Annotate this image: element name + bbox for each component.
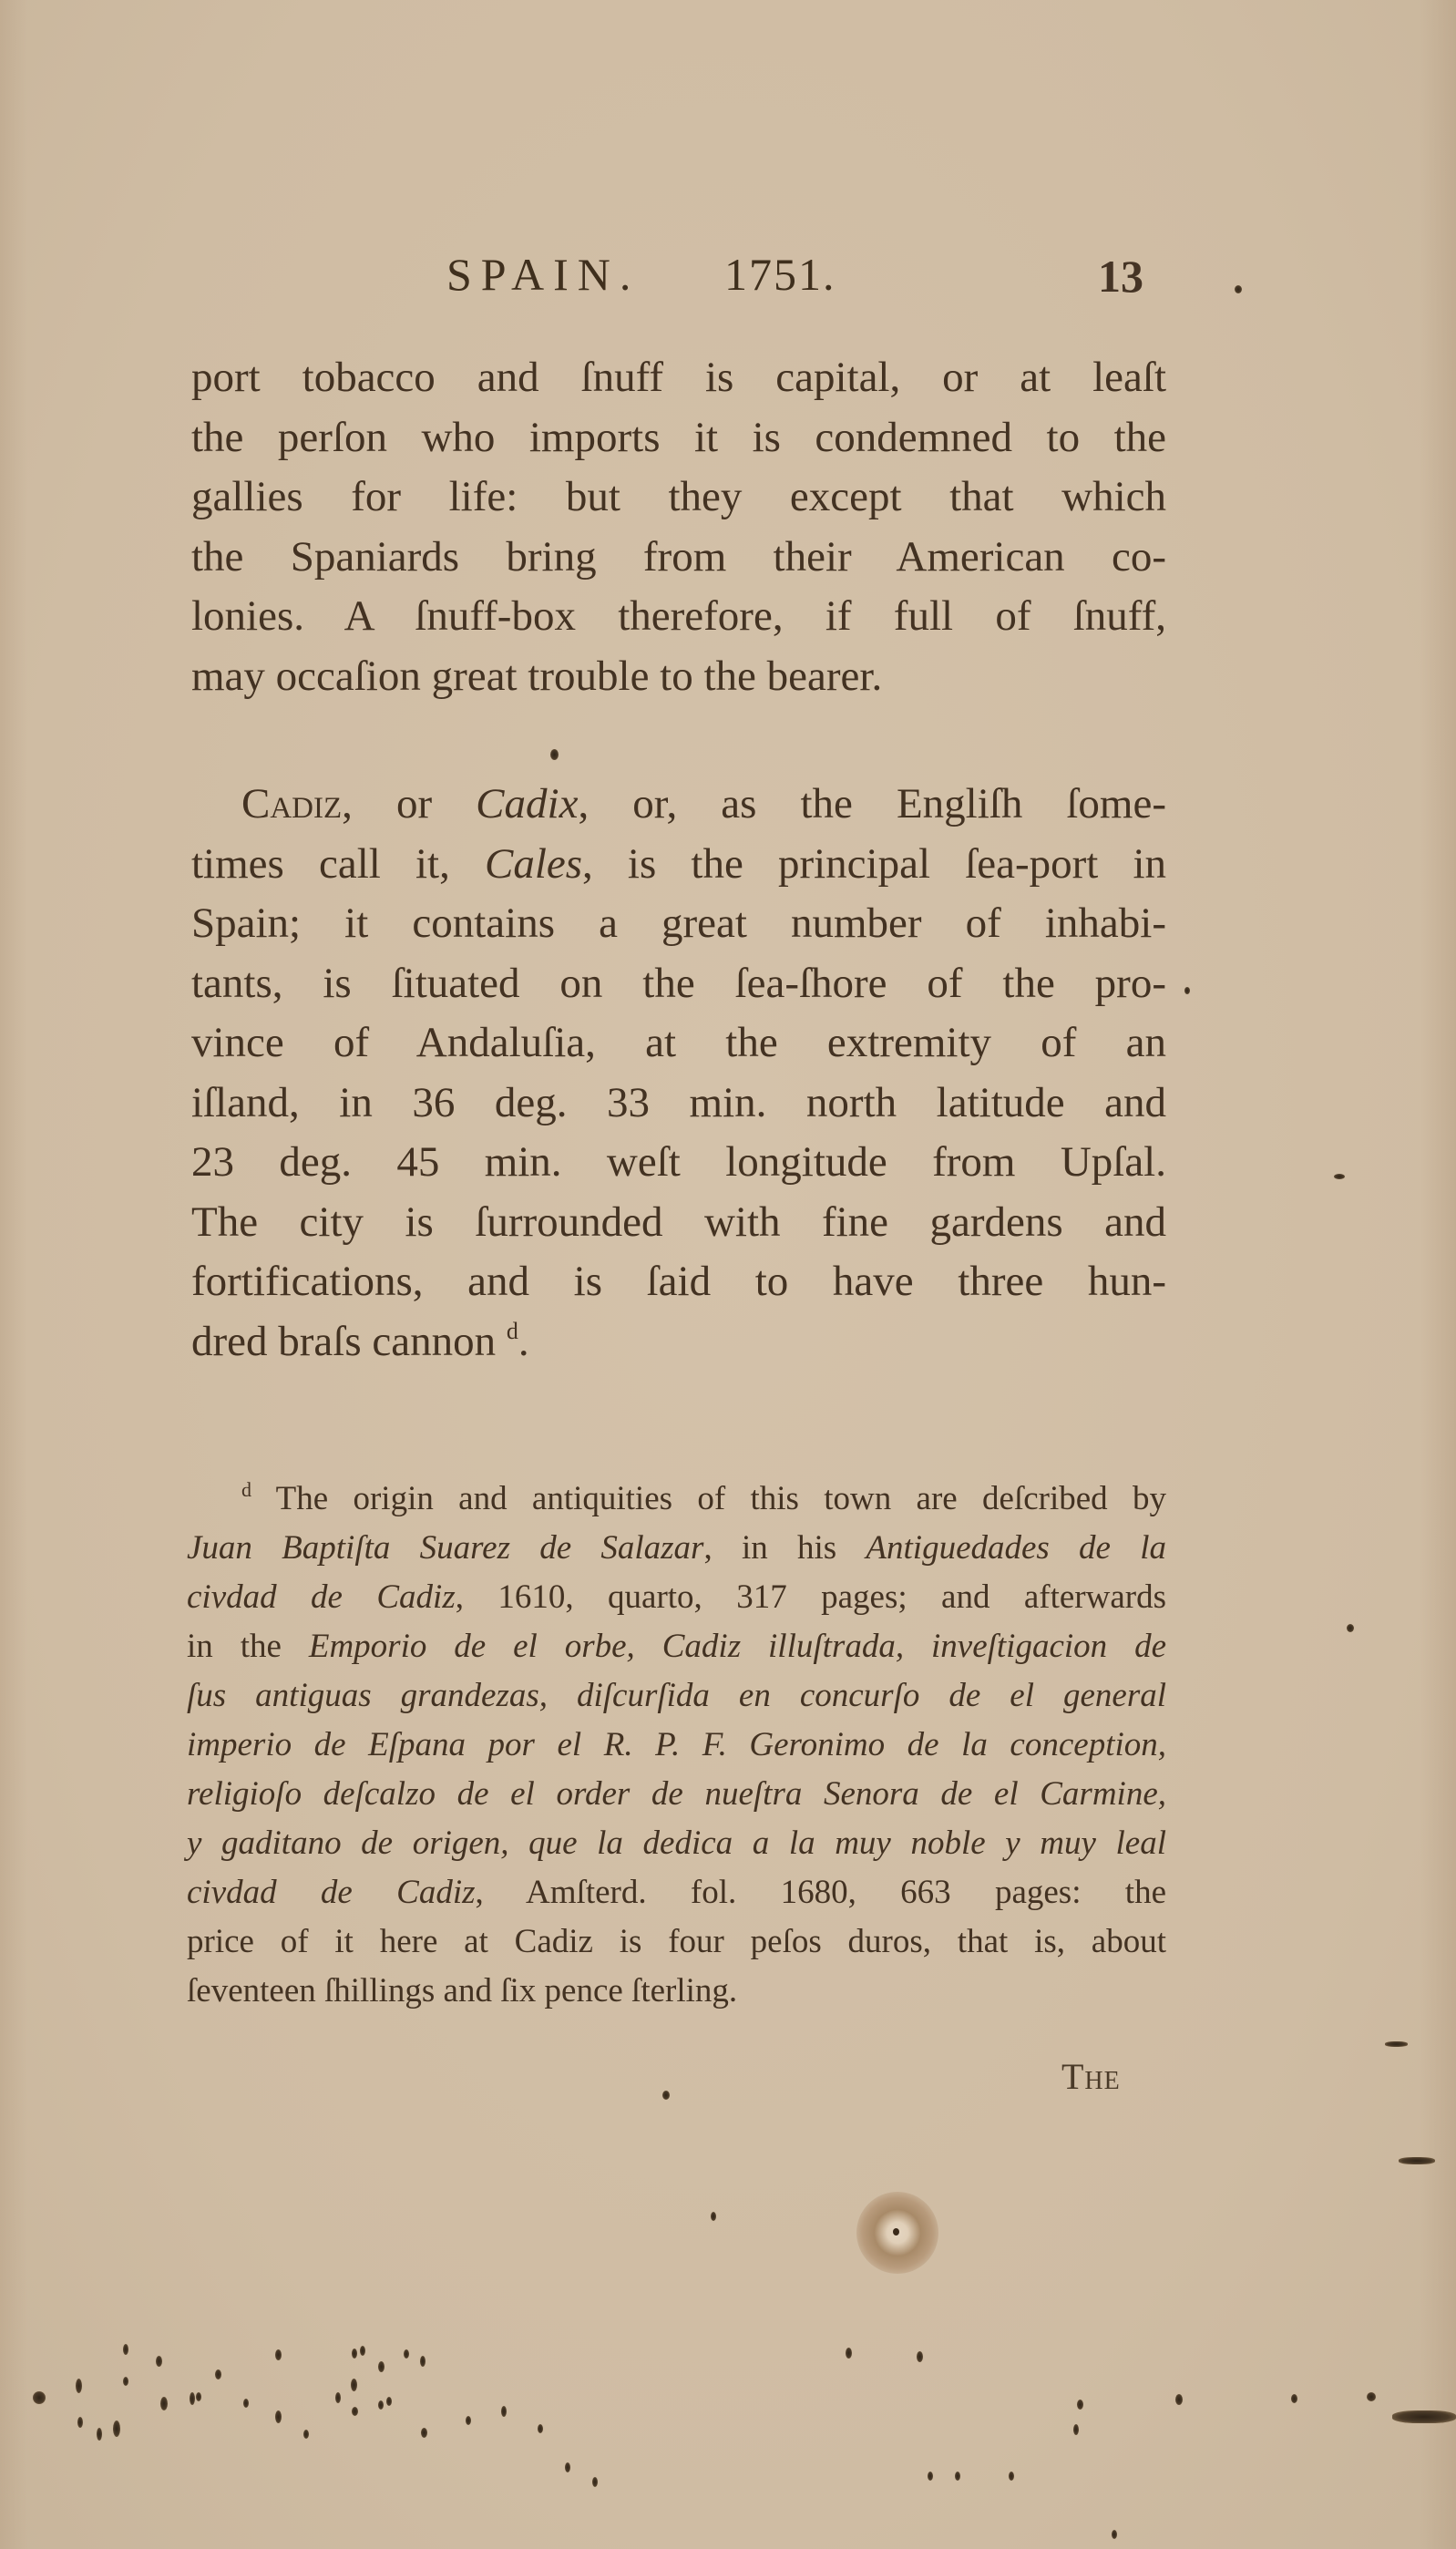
page-edge-shadow-right: [1420, 0, 1456, 2549]
wormhole: [113, 2421, 120, 2437]
wormhole: [1392, 2410, 1456, 2423]
wormhole: [592, 2477, 598, 2487]
text-line: port tobacco and ſnuff is capital, or at…: [191, 348, 1166, 408]
text-line: The city is ſurrounded with fine gardens…: [191, 1193, 1166, 1253]
footnote-line: Juan Baptiſta Suarez de Salazar, in his …: [187, 1524, 1166, 1573]
text-line: vince of Andaluſia, at the extremity of …: [191, 1013, 1166, 1074]
text-line: Cadiz, or Cadix, or, as the Engliſh ſome…: [191, 775, 1166, 835]
wormhole: [160, 2397, 168, 2410]
text-line: tants, is ſituated on the ſea-ſhore of t…: [191, 954, 1166, 1014]
wormhole: [917, 2351, 923, 2362]
wormhole: [550, 749, 559, 760]
footnote-mark: d: [241, 1478, 251, 1501]
book-page: SPAIN. 1751. 13 port tobacco and ſnuff i…: [0, 0, 1456, 2549]
wormhole: [1385, 2041, 1408, 2047]
cadiz-smallcaps: Cadiz: [241, 780, 342, 827]
wormhole: [1291, 2394, 1297, 2403]
wormhole: [123, 2377, 128, 2386]
wormhole: [303, 2430, 309, 2439]
footnote-line: civdad de Cadiz, Amſterd. fol. 1680, 663…: [187, 1868, 1166, 1917]
wormhole: [77, 2417, 83, 2428]
wormhole: [378, 2400, 384, 2410]
wormhole: [76, 2379, 82, 2393]
wormhole: [420, 2356, 426, 2367]
footnote-line: civdad de Cadiz, 1610, quarto, 317 pages…: [187, 1573, 1166, 1622]
wormhole: [565, 2462, 570, 2472]
wormhole: [711, 2212, 716, 2221]
wormhole: [1009, 2472, 1014, 2481]
running-head-year: 1751.: [724, 248, 836, 301]
italic-cadix: Cadix: [476, 780, 578, 827]
italic-cales: Cales: [485, 840, 582, 888]
footnote: d The origin and antiquities of this tow…: [187, 1475, 1166, 2016]
paragraph-cadiz: Cadiz, or Cadix, or, as the Engliſh ſome…: [191, 775, 1166, 1372]
wormhole: [33, 2391, 46, 2404]
wormhole: [955, 2472, 960, 2481]
wormhole: [1347, 1624, 1354, 1632]
footnote-line: religioſo deſcalzo de el order de nueſtr…: [187, 1770, 1166, 1819]
running-head-title: SPAIN.: [446, 248, 640, 301]
wormhole: [351, 2379, 357, 2391]
wormhole: [1399, 2157, 1435, 2164]
text-line: gallies for life: but they except that w…: [191, 468, 1166, 528]
wormhole: [190, 2392, 195, 2405]
footnote-line: imperio de Eſpana por el R. P. F. Geroni…: [187, 1721, 1166, 1770]
wormhole: [466, 2416, 471, 2425]
wormhole: [846, 2348, 852, 2359]
wormhole: [1077, 2400, 1083, 2410]
running-head: SPAIN. 1751. 13: [446, 248, 1157, 312]
wormhole: [352, 2407, 358, 2416]
wormhole: [1073, 2424, 1079, 2435]
wormhole: [501, 2406, 507, 2417]
wormhole: [97, 2428, 102, 2441]
text-line: may occaſion great trouble to the bearer…: [191, 647, 1166, 707]
wormhole: [404, 2349, 409, 2359]
wormhole: [1334, 1174, 1345, 1179]
page-number: 13: [1098, 250, 1143, 303]
wormhole: [1112, 2530, 1117, 2539]
wormhole: [1184, 987, 1190, 994]
stain-center-dot: [893, 2228, 899, 2236]
wormhole: [1235, 285, 1242, 293]
footnote-line: y gaditano de origen, que la dedica a la…: [187, 1819, 1166, 1868]
wormhole: [1367, 2392, 1376, 2401]
wormhole: [378, 2361, 385, 2372]
text-line: fortifications, and is ſaid to have thre…: [191, 1252, 1166, 1312]
text-line: the Spaniards bring from their American …: [191, 528, 1166, 588]
wormhole: [360, 2346, 365, 2356]
wormhole: [1175, 2394, 1183, 2405]
paragraph-snuff: port tobacco and ſnuff is capital, or at…: [191, 348, 1166, 706]
wormhole: [275, 2410, 282, 2423]
wormhole: [243, 2399, 249, 2408]
wormhole: [662, 2091, 670, 2100]
footnote-reference[interactable]: d: [507, 1318, 518, 1344]
text-line: dred braſs cannon d.: [191, 1312, 1166, 1372]
catchword: The: [1061, 2055, 1121, 2098]
text-line: Spain; it contains a great number of inh…: [191, 894, 1166, 954]
wormhole: [215, 2369, 221, 2379]
wormhole: [928, 2472, 933, 2481]
wormhole: [196, 2392, 201, 2401]
wormhole: [123, 2344, 128, 2355]
wormhole: [386, 2397, 392, 2406]
text-line: lonies. A ſnuff-box therefore, if full o…: [191, 587, 1166, 647]
wormhole: [275, 2349, 282, 2360]
wormhole: [352, 2349, 357, 2359]
page-edge-shadow-left: [0, 0, 27, 2549]
wormhole: [421, 2428, 427, 2438]
footnote-line: ſeventeen ſhillings and ſix pence ſterli…: [187, 1967, 1166, 2016]
wormhole: [335, 2392, 341, 2403]
text-line: times call it, Cales, is the principal ſ…: [191, 835, 1166, 895]
footnote-line: price of it here at Cadiz is four peſos …: [187, 1917, 1166, 1967]
text-line: iſland, in 36 deg. 33 min. north latitud…: [191, 1074, 1166, 1134]
wormhole: [156, 2356, 162, 2367]
footnote-line: in the Emporio de el orbe, Cadiz illuſtr…: [187, 1622, 1166, 1671]
text-line: the perſon who imports it is condemned t…: [191, 408, 1166, 468]
wormhole: [538, 2424, 543, 2433]
text-line: 23 deg. 45 min. weſt longitude from Upſa…: [191, 1133, 1166, 1193]
footnote-line: ſus antiguas grandezas, diſcurſida en co…: [187, 1671, 1166, 1721]
footnote-line: d The origin and antiquities of this tow…: [187, 1475, 1166, 1524]
